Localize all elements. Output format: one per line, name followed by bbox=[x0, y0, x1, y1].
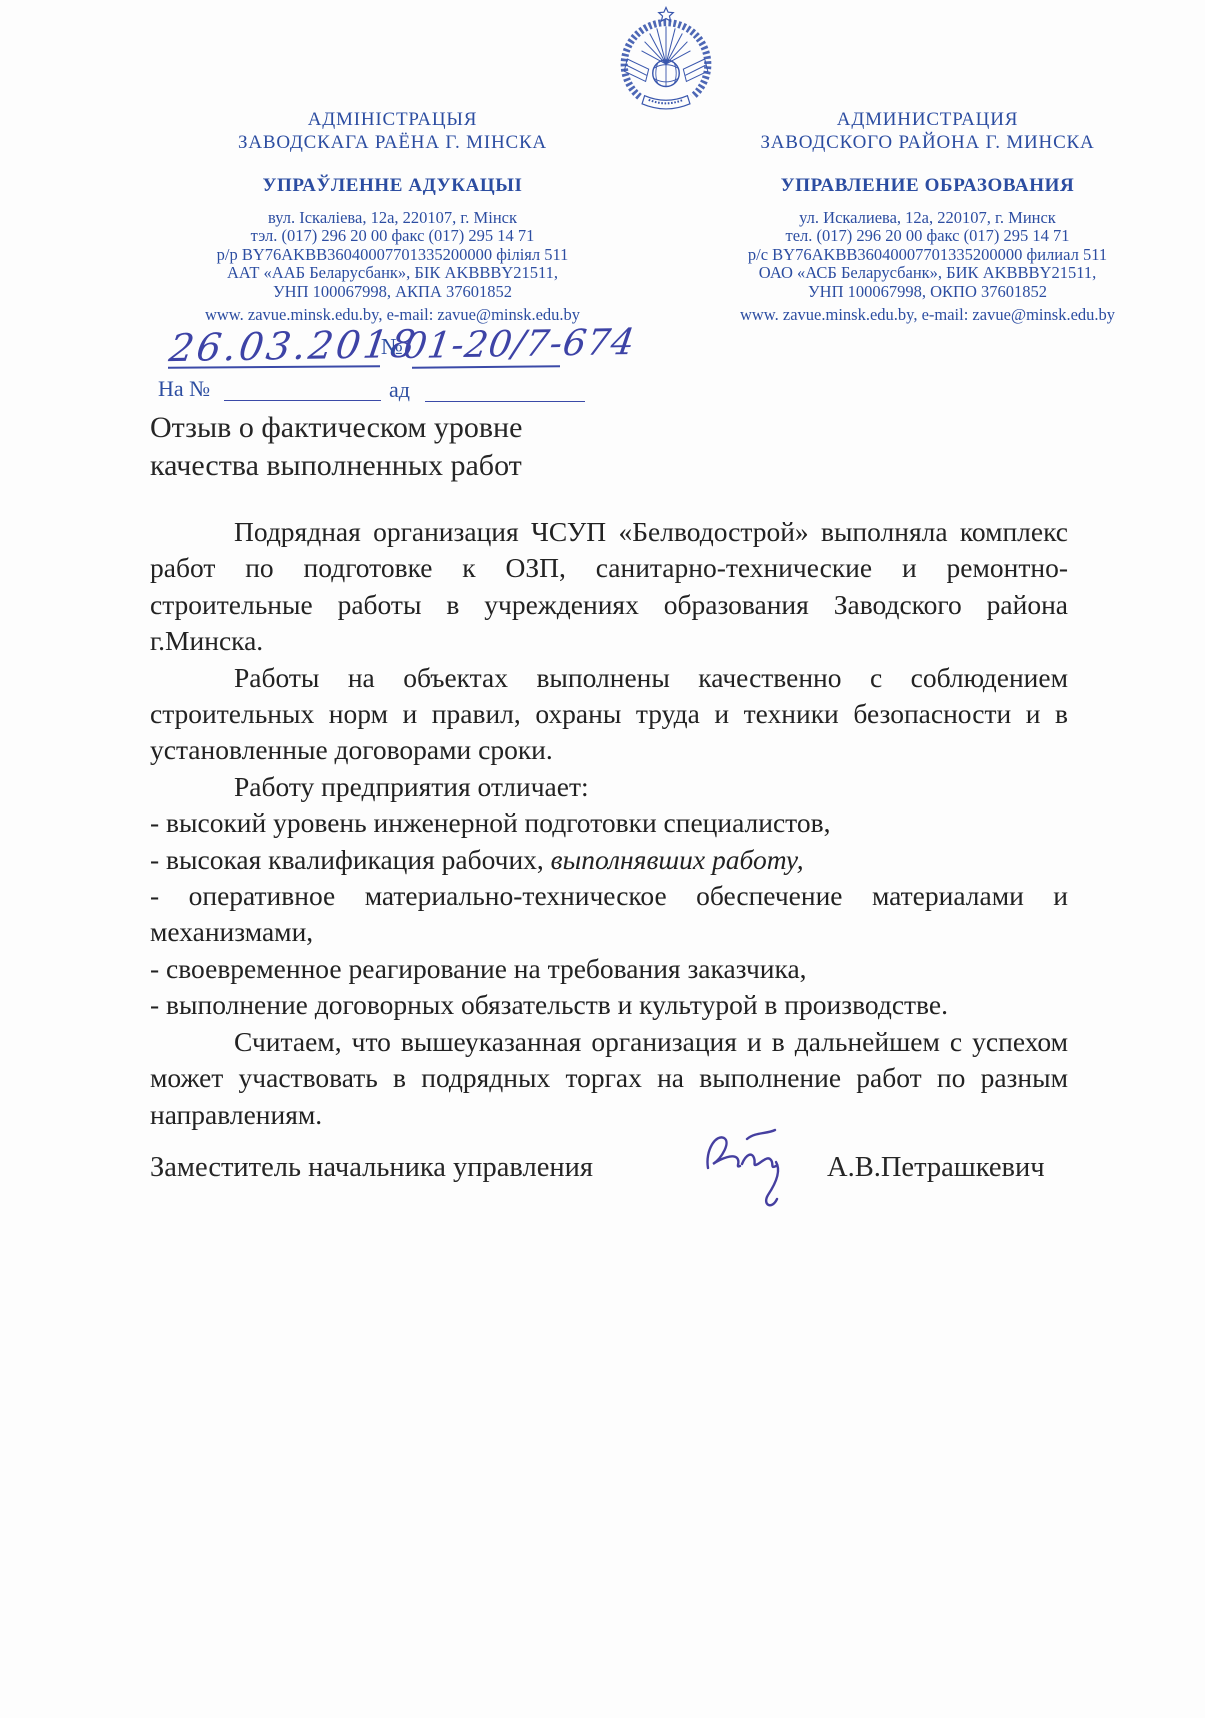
number-sign: № bbox=[381, 334, 403, 360]
signatory-name: А.В.Петрашкевич bbox=[827, 1152, 1045, 1184]
reply-from-label: ад bbox=[389, 377, 410, 403]
reply-to-label: На № bbox=[158, 376, 210, 402]
list-item-5: - выполнение договорных обязательств и к… bbox=[150, 987, 1068, 1023]
address-line: ул. Искалиева, 12а, 220107, г. Минск bbox=[660, 209, 1195, 227]
list-item-2-italic-text: выполнявших работу, bbox=[551, 844, 804, 875]
website-email-line: www. zavue.minsk.edu.by, e-mail: zavue@m… bbox=[660, 306, 1195, 324]
letter-body: Подрядная организация ЧСУП «Белводострой… bbox=[150, 514, 1068, 1133]
body-paragraph-3: Работу предприятия отличает: bbox=[150, 769, 1068, 805]
handwritten-outgoing-number: 01-20/7-674 bbox=[401, 322, 638, 367]
body-paragraph-2: Работы на объектах выполнены качественно… bbox=[150, 660, 1068, 769]
address-block-be: вул. Іскаліева, 12а, 220107, г. Мінск тэ… bbox=[125, 209, 660, 324]
org-name-line1-ru: АДМИНИСТРАЦИЯ bbox=[660, 108, 1195, 131]
letterhead: АДМІНІСТРАЦЫЯ ЗАВОДСКАГА РАЁНА Г. МІНСКА… bbox=[125, 108, 1195, 324]
department-name-be: УПРАЎЛЕННЕ АДУКАЦЫІ bbox=[125, 174, 660, 197]
reply-number-blank-line bbox=[224, 400, 381, 401]
list-item-4: - своевременное реагирование на требован… bbox=[150, 951, 1068, 987]
org-name-line1-be: АДМІНІСТРАЦЫЯ bbox=[125, 108, 660, 131]
subject-line1: Отзыв о фактическом уровне bbox=[150, 409, 670, 447]
letterhead-belarusian-column: АДМІНІСТРАЦЫЯ ЗАВОДСКАГА РАЁНА Г. МІНСКА… bbox=[125, 108, 660, 324]
signatory-position-title: Заместитель начальника управления bbox=[150, 1152, 593, 1184]
address-line: вул. Іскаліева, 12а, 220107, г. Мінск bbox=[125, 209, 660, 227]
list-item-2: - высокая квалификация рабочих, выполняв… bbox=[150, 842, 1068, 878]
scanned-letter-page: АДМІНІСТРАЦЫЯ ЗАВОДСКАГА РАЁНА Г. МІНСКА… bbox=[0, 0, 1205, 1718]
address-line: тел. (017) 296 20 00 факс (017) 295 14 7… bbox=[660, 227, 1195, 245]
address-line: УНП 100067998, АКПА 37601852 bbox=[125, 283, 660, 301]
address-line: УНП 100067998, ОКПО 37601852 bbox=[660, 283, 1195, 301]
address-line: тэл. (017) 296 20 00 факс (017) 295 14 7… bbox=[125, 227, 660, 245]
org-name-line2-be: ЗАВОДСКАГА РАЁНА Г. МІНСКА bbox=[125, 131, 660, 154]
address-line: ААТ «ААБ Беларусбанк», БІК AKBBBY21511, bbox=[125, 264, 660, 282]
list-item-2-text: - высокая квалификация рабочих, bbox=[150, 844, 551, 875]
org-name-line2-ru: ЗАВОДСКОГО РАЙОНА Г. МИНСКА bbox=[660, 131, 1195, 154]
department-name-ru: УПРАВЛЕНИЕ ОБРАЗОВАНИЯ bbox=[660, 174, 1195, 197]
coat-of-arms-belarus-icon bbox=[615, 6, 717, 112]
address-line: ОАО «АСБ Беларусбанк», БИК AKBBBY21511, bbox=[660, 264, 1195, 282]
subject-heading: Отзыв о фактическом уровне качества выпо… bbox=[150, 409, 670, 485]
number-underline bbox=[412, 365, 560, 369]
letterhead-russian-column: АДМИНИСТРАЦИЯ ЗАВОДСКОГО РАЙОНА Г. МИНСК… bbox=[660, 108, 1195, 324]
body-paragraph-1: Подрядная организация ЧСУП «Белводострой… bbox=[150, 514, 1068, 660]
address-block-ru: ул. Искалиева, 12а, 220107, г. Минск тел… bbox=[660, 209, 1195, 324]
list-item-3: - оперативное материально-техническое об… bbox=[150, 878, 1068, 951]
list-item-1: - высокий уровень инженерной подготовки … bbox=[150, 805, 1068, 841]
address-line: р/р BY76AKBB36040007701335200000 філіял … bbox=[125, 246, 660, 264]
body-paragraph-4: Считаем, что вышеуказанная организация и… bbox=[150, 1024, 1068, 1133]
reply-date-blank-line bbox=[425, 401, 585, 402]
subject-line2: качества выполненных работ bbox=[150, 447, 670, 485]
handwritten-signature bbox=[700, 1122, 820, 1222]
address-line: р/с BY76AKBB36040007701335200000 филиал … bbox=[660, 246, 1195, 264]
